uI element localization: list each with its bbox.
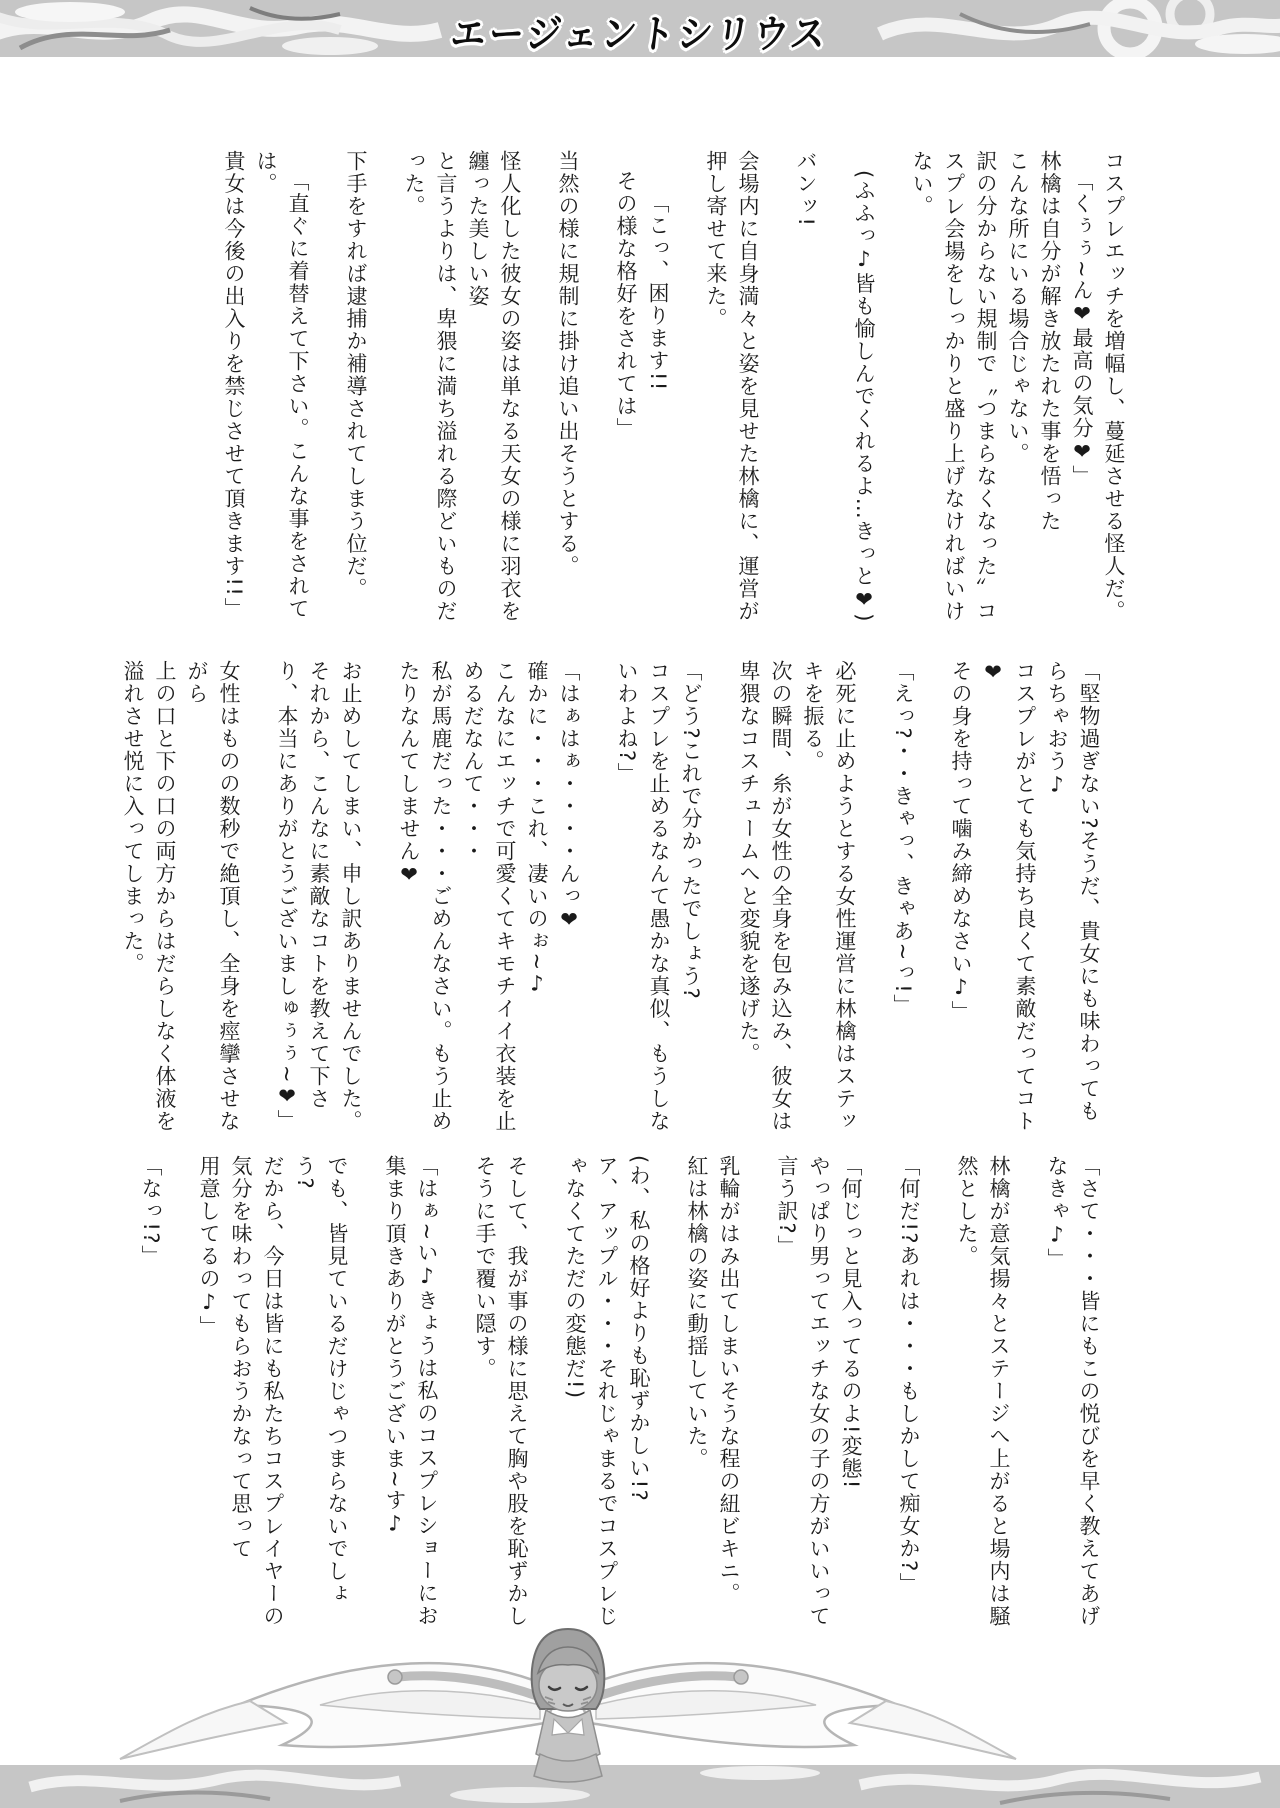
story-paragraph: 当然の様に規制に掛け追い出そうとする。 (552, 150, 584, 628)
story-paragraph: 次の瞬間、糸が女性の全身を包み込み、彼女は卑猥なコスチュームへと変貌を遂げた。 (733, 660, 797, 1138)
story-paragraph: 「堅物過ぎない?そうだ、貴女にも味わってもらちゃおう♪ (1041, 660, 1105, 1138)
story-paragraph: こんなにエッチで可愛くてキモチイイ衣装を止めるだなんて・・・ (457, 660, 521, 1138)
story-paragraph: コスプレを止めるなんて愚かな真似、もうしないわよね?」 (611, 660, 675, 1138)
right-hand (734, 1670, 748, 1684)
story-paragraph: ア、アップル・・・それじゃまるでコスプレじゃなくてただの変態だ!) (559, 1155, 623, 1633)
story-paragraph: 「はぁ~い♪きょうは私のコスプレショーにお集まり頂きありがとうございま~す♪ (379, 1155, 443, 1633)
story-paragraph: でも、皆見ているだけじゃつまらないでしょう? (289, 1155, 353, 1633)
story-paragraph: (わ、私の格好よりも恥ずかしい!? (623, 1155, 655, 1633)
left-hand (388, 1670, 402, 1684)
story-paragraph: 「くぅぅ~ん❤最高の気分❤」 (1066, 150, 1098, 628)
text-band-bottom: 「さて・・・皆にもこの悦びを早く教えてあげなきゃ♪」 林檎が意気揚々とステージへ… (135, 1155, 1105, 1633)
story-paragraph: 必死に止めようとする女性運営に林檎はステッキを振る。 (797, 660, 861, 1138)
story-paragraph: 貴女は今後の出入りを禁じさせて頂きます!!」 (218, 150, 250, 628)
story-paragraph: だから、今日は皆にも私たちコスプレイヤーの気分を味わってもらおうかなって思って (225, 1155, 289, 1633)
story-paragraph: 下手をすれば逮捕か補導されてしまう位だ。 (340, 150, 372, 628)
story-paragraph: コスプレエッチを増幅し、蔓延させる怪人だ。 (1098, 150, 1130, 628)
story-paragraph: 会場内に自身満々と姿を見せた林檎に、運営が押し寄せて来た。 (700, 150, 764, 628)
header-banner: エージェントシリウス (0, 0, 1280, 57)
story-paragraph: 確かに・・・これ、凄いのぉ~♪ (521, 660, 553, 1138)
story-paragraph: 怪人化した彼女の姿は単なる天女の様に羽衣を纏った美しい姿 (462, 150, 526, 628)
story-paragraph: 上の口と下の口の両方からはだらしなく体液を溢れさせ悦に入ってしまった。 (117, 660, 181, 1138)
story-paragraph: 「直ぐに着替えて下さい。こんな事をされては。 (250, 150, 314, 628)
story-paragraph: 乳輪がはみ出てしまいそうな程の紐ビキニ。 (713, 1155, 745, 1633)
story-paragraph: 「なっ!?」 (135, 1155, 167, 1633)
story-paragraph: お止めしてしまい、申し訳ありませんでした。 (335, 660, 367, 1138)
story-paragraph: 私が馬鹿だった・・・ごめんなさい。もう止めたりなんてしません❤ (393, 660, 457, 1138)
story-paragraph: 「何だ!?あれは・・・もしかして痴女か?」 (893, 1155, 925, 1633)
story-paragraph: そして、我が事の様に思えて胸や股を恥ずかしそうに手で覆い隠す。 (469, 1155, 533, 1633)
story-paragraph: その身を持って噛み締めなさい♪」 (945, 660, 977, 1138)
story-paragraph: 林檎は自分が解き放たれた事を悟った (1034, 150, 1066, 628)
story-paragraph: 「さて・・・皆にもこの悦びを早く教えてあげなきゃ♪」 (1041, 1155, 1105, 1633)
story-paragraph: (ふふっ♪皆も愉しんでくれるよ…きっと❤) (848, 150, 880, 628)
story-paragraph: やっぱり男ってエッチな女の子の方がいいって言う訳?」 (771, 1155, 835, 1633)
story-paragraph: 「どう?これで分かったでしょう? (675, 660, 707, 1138)
story-paragraph: 林檎が意気揚々とステージへ上がると場内は騒然とした。 (951, 1155, 1015, 1633)
story-paragraph: 紅は林檎の姿に動揺していた。 (681, 1155, 713, 1633)
footer-artwork (0, 1573, 1280, 1808)
story-paragraph: 女性はものの数秒で絶頂し、全身を痙攣させながら (181, 660, 245, 1138)
story-paragraph: 「何じっと見入ってるのよ!変態! (835, 1155, 867, 1633)
story-paragraph: コスプレがとても気持ち良くて素敵だってコト❤ (977, 660, 1041, 1138)
page-title: エージェントシリウス (0, 4, 1280, 60)
story-paragraph: 「えっ?・・きゃっ、きゃあ~っ!」 (887, 660, 919, 1138)
story-paragraph: 訳の分からない規制で〝つまらなくなった〟コスプレ会場をしっかりと盛り上げなければ… (906, 150, 1002, 628)
novel-page: エージェントシリウス コスプレエッチを増幅し、蔓延させる怪人だ。 「くぅぅ~ん❤… (0, 0, 1280, 1808)
story-paragraph: 「はぁはぁ・・・・んっ❤ (553, 660, 585, 1138)
text-band-middle: 「堅物過ぎない?そうだ、貴女にも味わってもらちゃおう♪ コスプレがとても気持ち良… (117, 660, 1105, 1138)
story-paragraph: それから、こんなに素敵なコトを教えて下さり、本当にありがとうございましゅぅぅ~❤… (271, 660, 335, 1138)
story-paragraph: こんな所にいる場合じゃない。 (1002, 150, 1034, 628)
story-paragraph: 「こっ、困ります!! (642, 150, 674, 628)
story-paragraph: 用意してるの♪」 (193, 1155, 225, 1633)
story-paragraph: と言うよりは、卑猥に満ち溢れる際どいものだった。 (398, 150, 462, 628)
torso (536, 1710, 600, 1762)
text-band-top: コスプレエッチを増幅し、蔓延させる怪人だ。 「くぅぅ~ん❤最高の気分❤」 林檎は… (218, 150, 1130, 628)
story-paragraph: バンッ! (790, 150, 822, 628)
story-paragraph: その様な格好をされては」 (610, 150, 642, 628)
